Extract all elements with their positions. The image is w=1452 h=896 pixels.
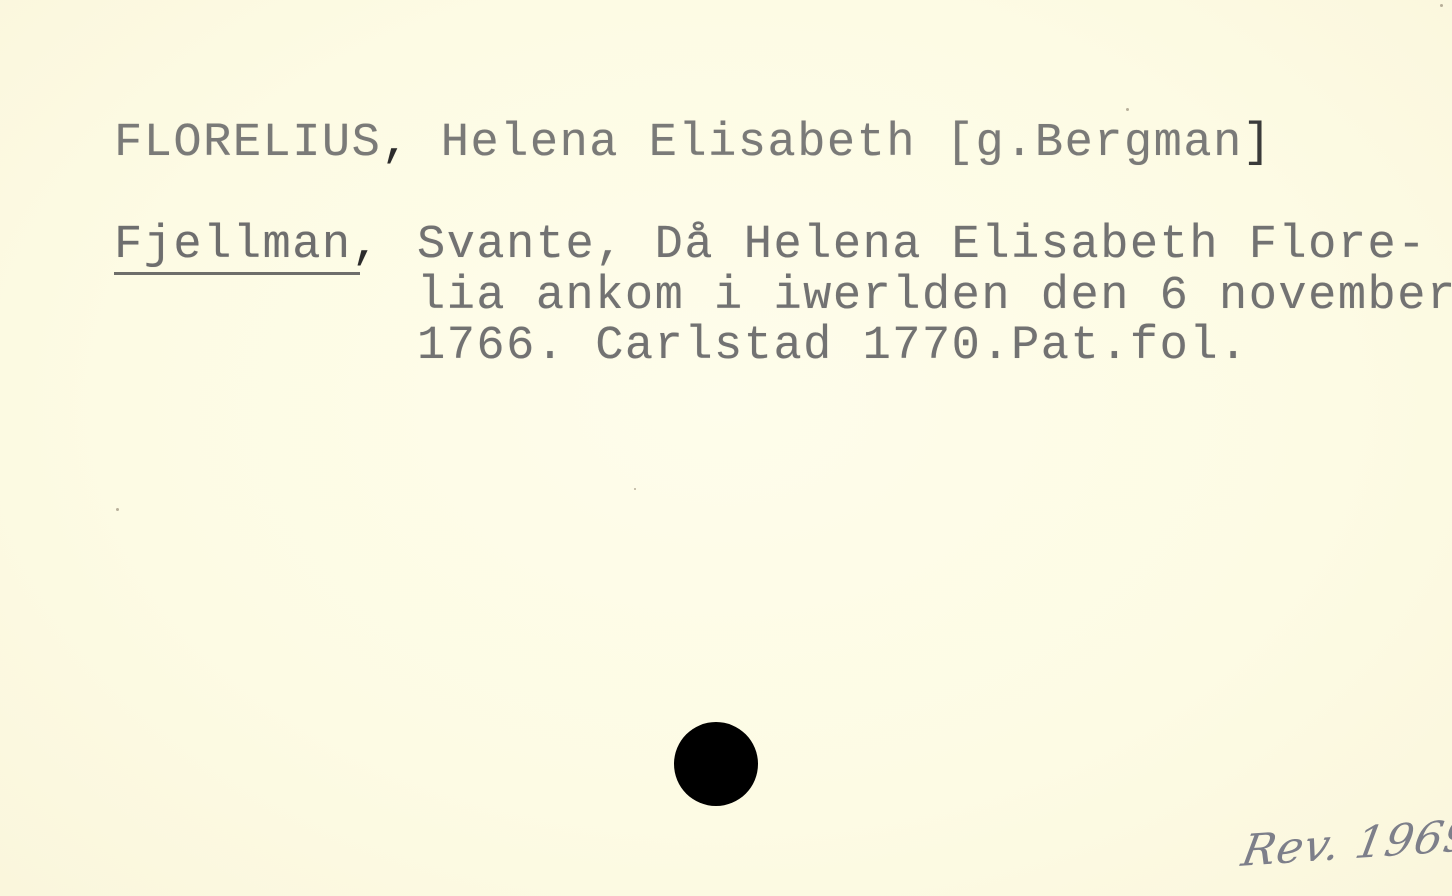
paper-speck [1440,4,1443,7]
reference-author: Fjellman, [114,222,381,269]
reference-line-1: Svante, Då Helena Elisabeth Flore- [417,222,1427,269]
reference-author-comma: , [352,219,382,272]
paper-speck [1126,108,1129,111]
reference-line-3: 1766. Carlstad 1770.Pat.fol. [417,323,1249,370]
reference-line-2: lia ankom i iwerlden den 6 november [417,273,1452,320]
heading-given-names: Helena Elisabeth [411,117,946,170]
paper-speck [116,508,119,511]
catalog-card: FLORELIUS, Helena Elisabeth [g.Bergman] … [0,0,1452,896]
heading-married-name: [g.Bergman [946,117,1243,170]
author-underline [114,272,360,275]
paper-speck [634,488,636,490]
heading-comma: , [381,117,411,170]
reference-author-surname: Fjellman [114,219,352,272]
heading-surname: FLORELIUS [114,117,381,170]
card-heading: FLORELIUS, Helena Elisabeth [g.Bergman] [114,120,1273,167]
heading-bracket-close: ] [1243,117,1273,170]
punch-hole [674,722,758,806]
pencil-revision-note: Rev. 1969 [1238,810,1452,877]
